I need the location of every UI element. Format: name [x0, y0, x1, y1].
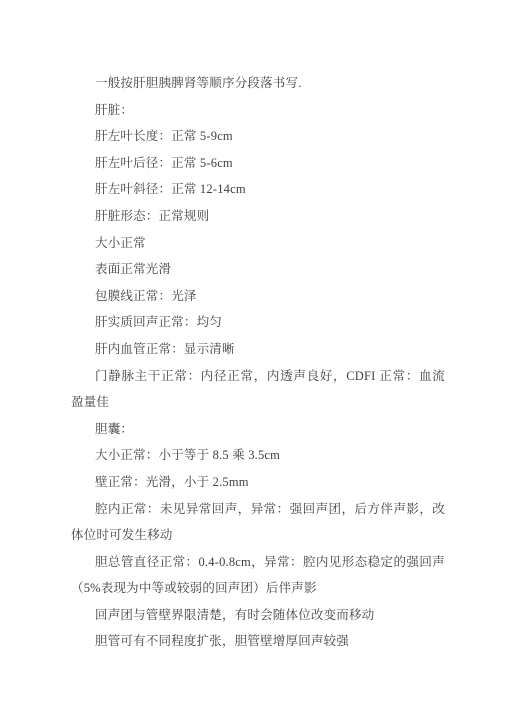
paragraph-line: 一般按肝胆胰脾肾等顺序分段落书写. — [71, 70, 445, 97]
paragraph-line: 肝脏： — [71, 97, 445, 124]
paragraph-line: 回声团与管壁界限清楚，有时会随体位改变而移动 — [71, 602, 445, 629]
paragraph-line: 盈量佳 — [71, 389, 445, 416]
paragraph-line: 肝左叶斜径：正常 12-14cm — [71, 176, 445, 203]
paragraph-line: 大小正常：小于等于 8.5 乘 3.5cm — [71, 442, 445, 469]
paragraph-line: （5%表现为中等或较弱的回声团）后伴声影 — [71, 575, 445, 602]
paragraph-line: 门静脉主干正常：内径正常，内透声良好，CDFI 正常：血流通充 — [71, 363, 445, 390]
paragraph-line: 包膜线正常：光泽 — [71, 283, 445, 310]
document-page: 一般按肝胆胰脾肾等顺序分段落书写.肝脏：肝左叶长度：正常 5-9cm肝左叶后径：… — [0, 0, 508, 720]
paragraph-line: 大小正常 — [71, 230, 445, 257]
paragraph-line: 肝左叶长度：正常 5-9cm — [71, 123, 445, 150]
document-body: 一般按肝胆胰脾肾等顺序分段落书写.肝脏：肝左叶长度：正常 5-9cm肝左叶后径：… — [71, 70, 445, 655]
paragraph-line: 肝内血管正常：显示清晰 — [71, 336, 445, 363]
paragraph-line: 胆囊： — [71, 416, 445, 443]
paragraph-line: 腔内正常：未见异常回声，异常：强回声团，后方伴声影，改变 — [71, 496, 445, 523]
paragraph-line: 肝脏形态：正常规则 — [71, 203, 445, 230]
paragraph-line: 肝左叶后径：正常 5-6cm — [71, 150, 445, 177]
paragraph-line: 肝实质回声正常：均匀 — [71, 309, 445, 336]
paragraph-line: 胆管可有不同程度扩张，胆管壁增厚回声较强 — [71, 628, 445, 655]
paragraph-line: 壁正常：光滑，小于 2.5mm — [71, 469, 445, 496]
paragraph-line: 胆总管直径正常：0.4-0.8cm，异常：腔内见形态稳定的强回声团 — [71, 549, 445, 576]
paragraph-line: 表面正常光滑 — [71, 256, 445, 283]
paragraph-line: 体位时可发生移动 — [71, 522, 445, 549]
